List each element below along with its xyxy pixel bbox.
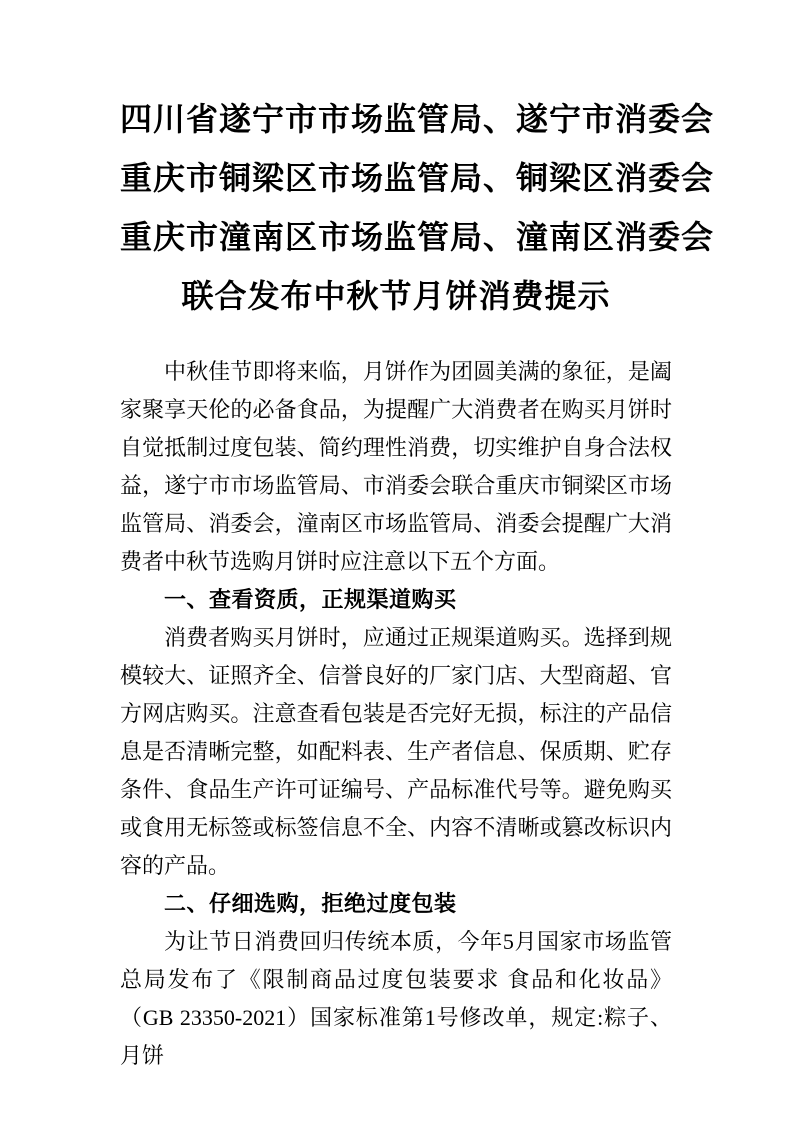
agency-header-line-2: 重庆市铜梁区市场监管局、铜梁区消委会 xyxy=(120,162,672,195)
agency-header-line-1: 四川省遂宁市市场监管局、遂宁市消委会 xyxy=(120,103,672,136)
section-2-paragraph: 为让节日消费回归传统本质，今年5月国家市场监管总局发布了《限制商品过度包装要求 … xyxy=(120,923,672,1075)
intro-paragraph: 中秋佳节即将来临，月饼作为团圆美满的象征，是阖家聚享天伦的必备食品，为提醒广大消… xyxy=(120,353,672,581)
document-title: 联合发布中秋节月饼消费提示 xyxy=(120,280,672,313)
agency-header-line-3: 重庆市潼南区市场监管局、潼南区消委会 xyxy=(120,221,672,254)
section-1-heading: 一、查看资质，正规渠道购买 xyxy=(120,581,672,619)
document-page: 四川省遂宁市市场监管局、遂宁市消委会 重庆市铜梁区市场监管局、铜梁区消委会 重庆… xyxy=(0,0,793,1122)
section-1-paragraph: 消费者购买月饼时，应通过正规渠道购买。选择到规模较大、证照齐全、信誉良好的厂家门… xyxy=(120,619,672,885)
document-body: 中秋佳节即将来临，月饼作为团圆美满的象征，是阖家聚享天伦的必备食品，为提醒广大消… xyxy=(120,353,672,1075)
section-2-heading: 二、仔细选购，拒绝过度包装 xyxy=(120,885,672,923)
agency-header-block: 四川省遂宁市市场监管局、遂宁市消委会 重庆市铜梁区市场监管局、铜梁区消委会 重庆… xyxy=(120,103,672,254)
